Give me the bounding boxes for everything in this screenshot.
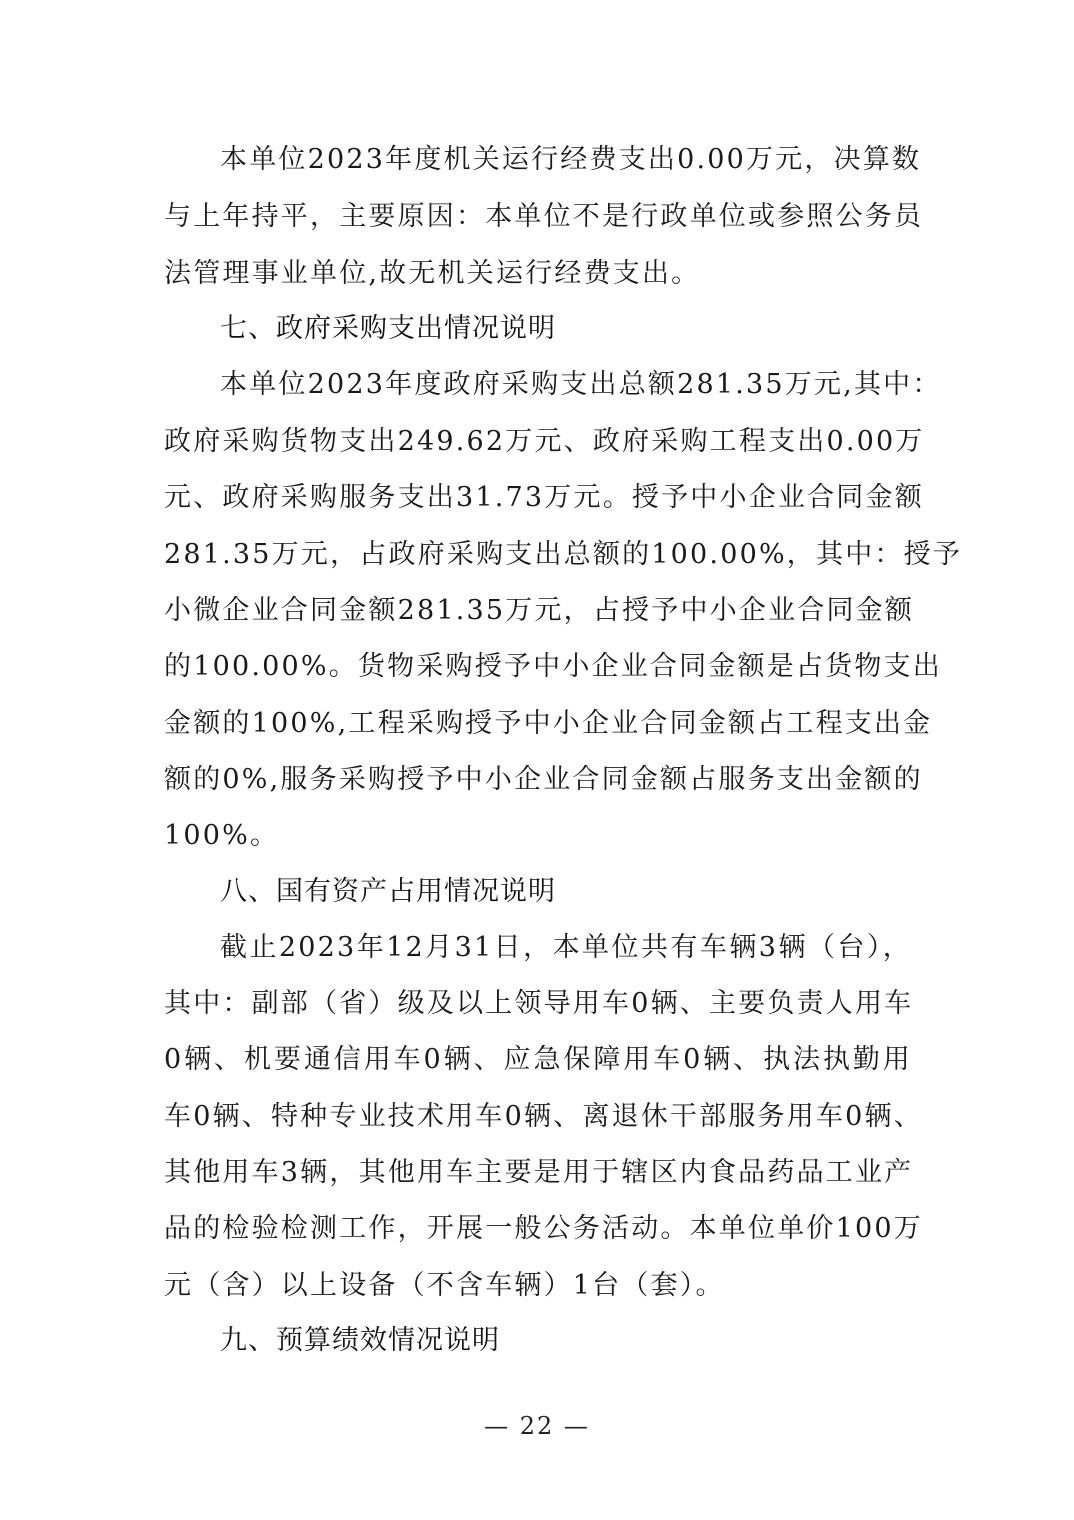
paragraph-line: 本单位2023年度政府采购支出总额281.35万元,其中：	[220, 365, 912, 405]
paragraph-line: 281.35万元，占政府采购支出总额的100.00%，其中：授予	[164, 535, 912, 575]
paragraph-line: 其中：副部（省）级及以上领导用车0辆、主要负责人用车	[164, 984, 912, 1024]
section-heading-government-procurement: 七、政府采购支出情况说明	[220, 309, 556, 349]
paragraph-line: 100%。	[164, 816, 912, 856]
section-heading-state-assets: 八、国有资产占用情况说明	[220, 872, 556, 912]
paragraph-line: 小微企业合同金额281.35万元，占授予中小企业合同金额	[164, 591, 912, 631]
page-number: — 22 —	[0, 1410, 1074, 1442]
paragraph-line: 本单位2023年度机关运行经费支出0.00万元，决算数	[220, 140, 912, 180]
paragraph-line: 元（含）以上设备（不含车辆）1台（套）。	[164, 1266, 912, 1306]
paragraph-line: 0辆、机要通信用车0辆、应急保障用车0辆、执法执勤用	[164, 1040, 912, 1080]
paragraph-line: 额的0%,服务采购授予中小企业合同金额占服务支出金额的	[164, 760, 912, 800]
paragraph-line: 元、政府采购服务支出31.73万元。授予中小企业合同金额	[164, 478, 912, 518]
section-heading-budget-performance: 九、预算绩效情况说明	[220, 1321, 500, 1361]
document-page: 本单位2023年度机关运行经费支出0.00万元，决算数 与上年持平，主要原因：本…	[0, 0, 1074, 1520]
paragraph-line: 车0辆、特种专业技术用车0辆、离退休干部服务用车0辆、	[164, 1097, 912, 1137]
paragraph-line: 的100.00%。货物采购授予中小企业合同金额是占货物支出	[164, 647, 912, 687]
paragraph-line: 其他用车3辆，其他用车主要是用于辖区内食品药品工业产	[164, 1153, 912, 1193]
paragraph-line: 法管理事业单位,故无机关运行经费支出。	[164, 254, 912, 294]
paragraph-line: 品的检验检测工作，开展一般公务活动。本单位单价100万	[164, 1209, 912, 1249]
paragraph-line: 金额的100%,工程采购授予中小企业合同金额占工程支出金	[164, 704, 912, 744]
paragraph-line: 与上年持平，主要原因：本单位不是行政单位或参照公务员	[164, 197, 912, 237]
paragraph-line: 政府采购货物支出249.62万元、政府采购工程支出0.00万	[164, 422, 912, 462]
paragraph-line: 截止2023年12月31日，本单位共有车辆3辆（台），	[220, 928, 912, 968]
